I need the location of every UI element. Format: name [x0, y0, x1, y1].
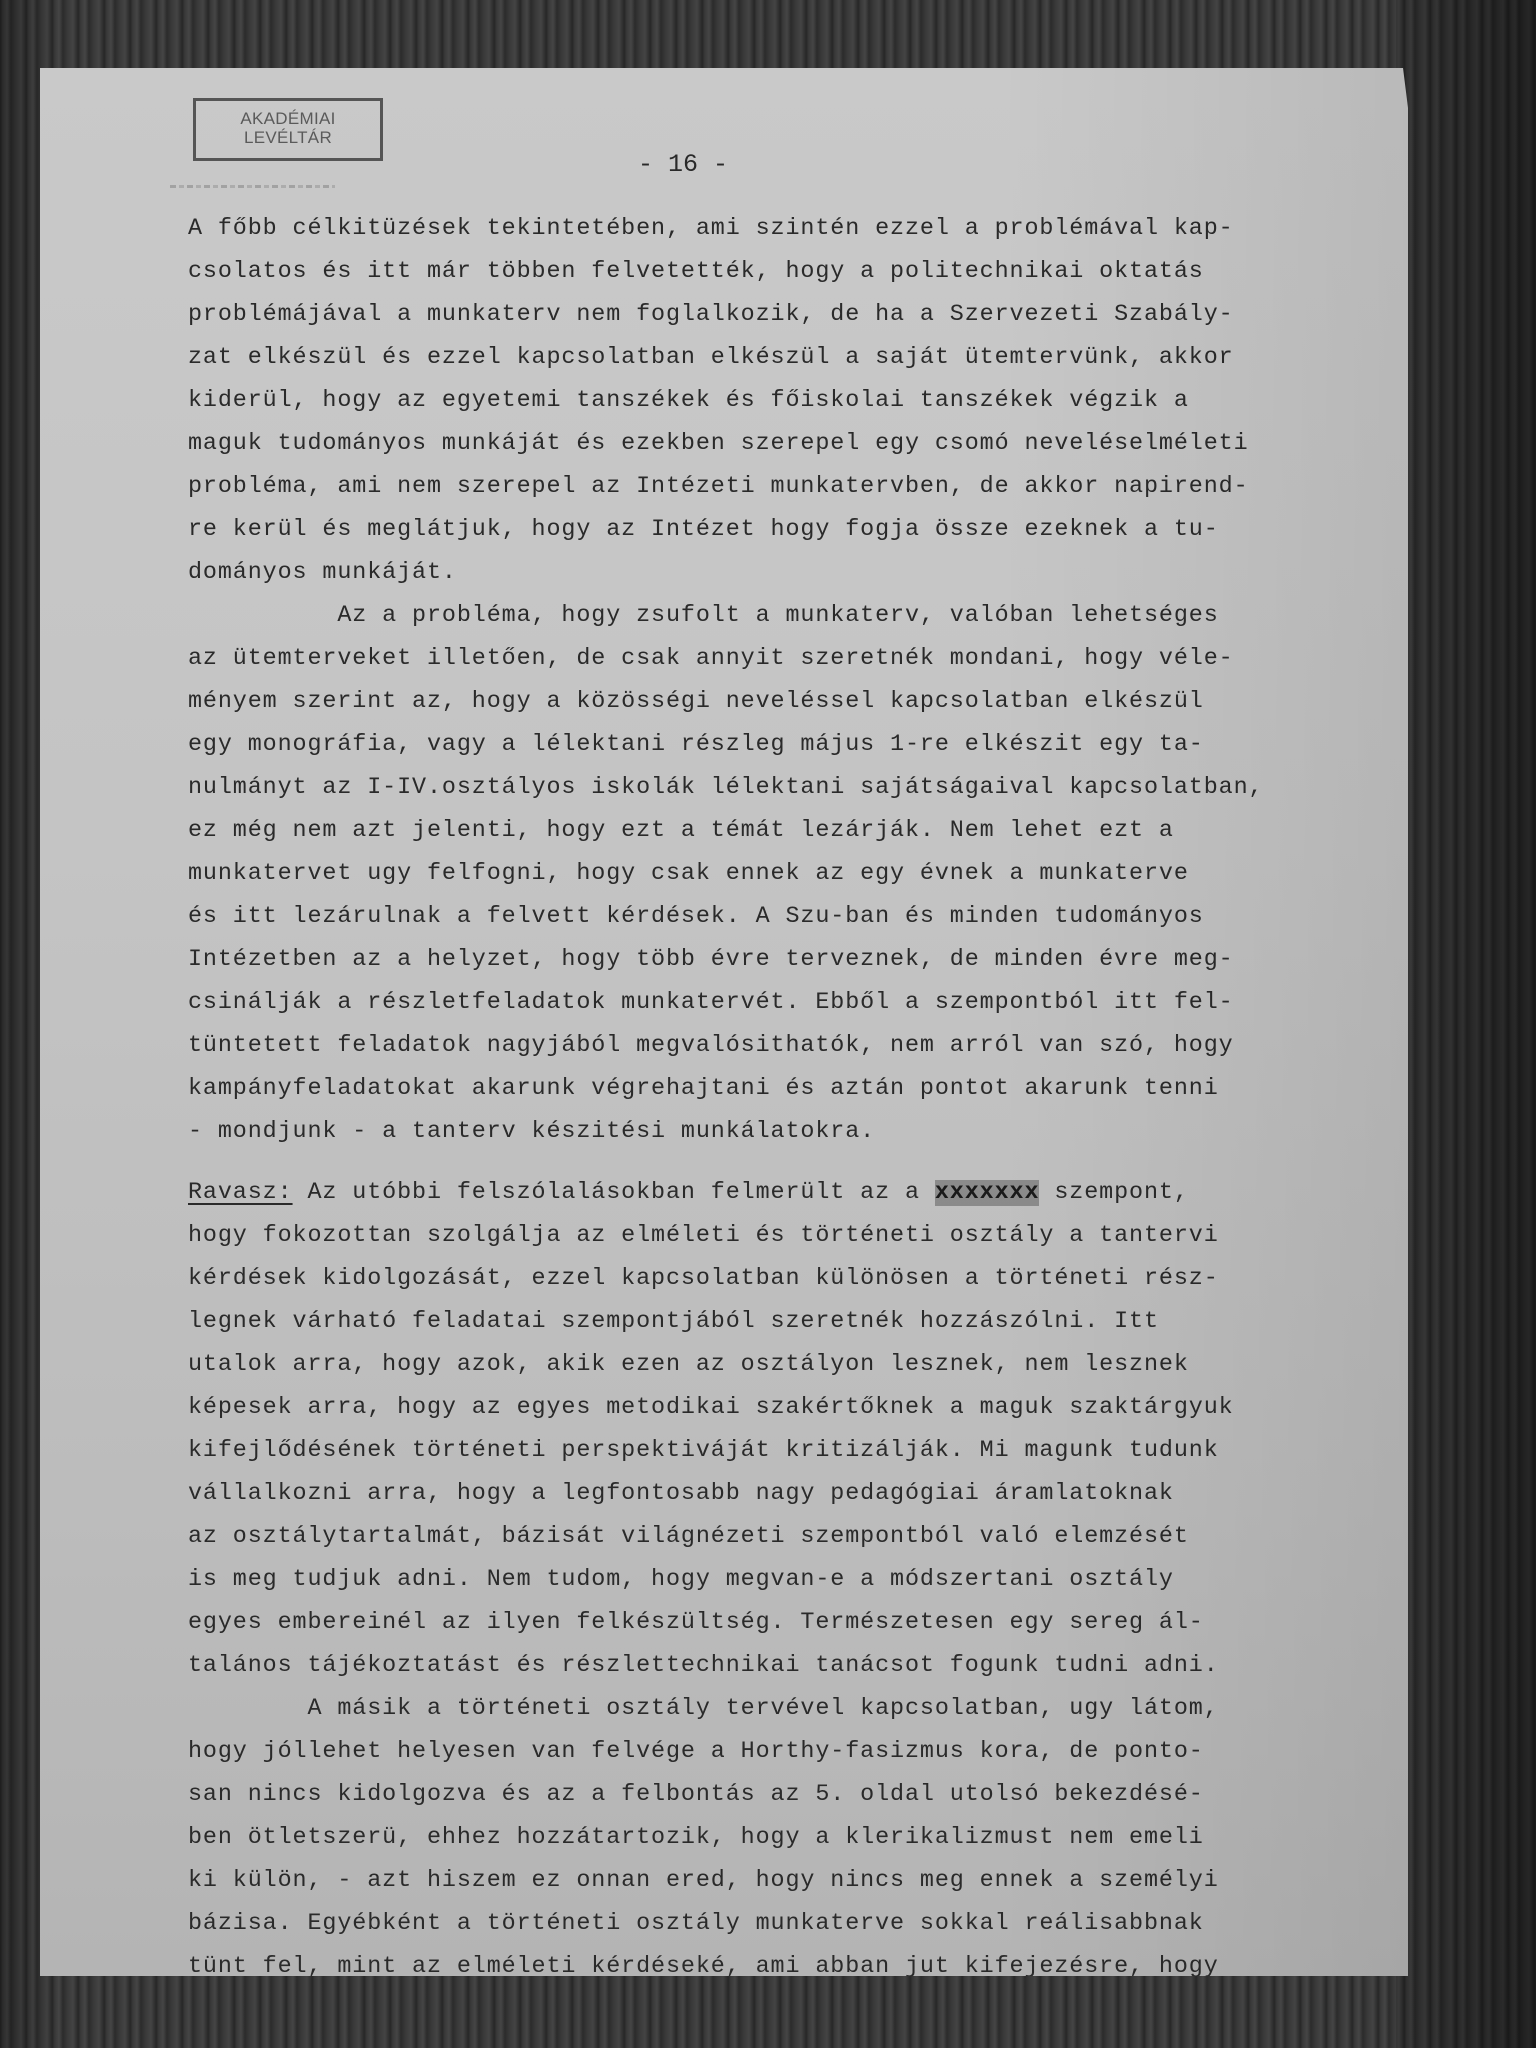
- text-line: is meg tudjuk adni. Nem tudom, hogy megv…: [188, 1559, 1418, 1602]
- text-line: A főbb célkitüzések tekintetében, ami sz…: [188, 208, 1418, 251]
- page-number: - 16 -: [638, 150, 728, 179]
- stamp-line-2: LEVÉLTÁR: [196, 128, 380, 147]
- text-line: az osztálytartalmát, bázisát világnézeti…: [188, 1516, 1418, 1559]
- stamp-line-1: AKADÉMIAI: [196, 109, 380, 128]
- text-line: kifejlődésének történeti perspektiváját …: [188, 1430, 1418, 1473]
- text-line: bázisa. Egyébként a történeti osztály mu…: [188, 1903, 1418, 1946]
- text-line: képesek arra, hogy az egyes metodikai sz…: [188, 1387, 1418, 1430]
- text-fragment: Az utóbbi felszólalásokban felmerült az …: [293, 1180, 935, 1206]
- text-line: dományos munkáját.: [188, 552, 1418, 595]
- paragraph-3: Ravasz: Az utóbbi felszólalásokban felme…: [188, 1172, 1418, 1688]
- text-line: maguk tudományos munkáját és ezekben sze…: [188, 423, 1418, 466]
- text-line: legnek várható feladatai szempontjából s…: [188, 1301, 1418, 1344]
- text-line: problémájával a munkaterv nem foglalkozi…: [188, 294, 1418, 337]
- text-line: ben ötletszerü, ehhez hozzátartozik, hog…: [188, 1817, 1418, 1860]
- text-line: Az a probléma, hogy zsufolt a munkaterv,…: [188, 595, 1418, 638]
- speaker-name: Ravasz:: [188, 1180, 293, 1206]
- text-line: re kerül és meglátjuk, hogy az Intézet h…: [188, 509, 1418, 552]
- paragraph-gap: [188, 1154, 1418, 1172]
- text-line: Intézetben az a helyzet, hogy több évre …: [188, 939, 1418, 982]
- paragraph-4: A másik a történeti osztály tervével kap…: [188, 1688, 1418, 1989]
- text-line: talános tájékoztatást és részlettechnika…: [188, 1645, 1418, 1688]
- text-line: ményem szerint az, hogy a közösségi neve…: [188, 681, 1418, 724]
- text-line: probléma, ami nem szerepel az Intézeti m…: [188, 466, 1418, 509]
- text-line: nulmányt az I-IV.osztályos iskolák lélek…: [188, 767, 1418, 810]
- text-line: és itt lezárulnak a felvett kérdések. A …: [188, 896, 1418, 939]
- text-fragment: szempont,: [1039, 1180, 1188, 1206]
- text-line: vállalkozni arra, hogy a legfontosabb na…: [188, 1473, 1418, 1516]
- text-line: csinálják a részletfeladatok munkatervét…: [188, 982, 1418, 1025]
- text-line: - mondjunk - a tanterv készitési munkála…: [188, 1111, 1418, 1154]
- text-line: kampányfeladatokat akarunk végrehajtani …: [188, 1068, 1418, 1111]
- text-line: hogy jóllehet helyesen van felvége a Hor…: [188, 1731, 1418, 1774]
- paragraph-3-first-line: Ravasz: Az utóbbi felszólalásokban felme…: [188, 1172, 1418, 1215]
- text-line: utalok arra, hogy azok, akik ezen az osz…: [188, 1344, 1418, 1387]
- archive-stamp: AKADÉMIAI LEVÉLTÁR: [193, 98, 383, 161]
- paragraph-3-lines: hogy fokozottan szolgálja az elméleti és…: [188, 1215, 1418, 1688]
- text-line: kérdések kidolgozását, ezzel kapcsolatba…: [188, 1258, 1418, 1301]
- text-line: kiderül, hogy az egyetemi tanszékek és f…: [188, 380, 1418, 423]
- text-line: hogy fokozottan szolgálja az elméleti és…: [188, 1215, 1418, 1258]
- paragraph-2: Az a probléma, hogy zsufolt a munkaterv,…: [188, 595, 1418, 1154]
- text-line: san nincs kidolgozva és az a felbontás a…: [188, 1774, 1418, 1817]
- text-line: az ütemterveket illetően, de csak annyit…: [188, 638, 1418, 681]
- text-line: A másik a történeti osztály tervével kap…: [188, 1688, 1418, 1731]
- typewritten-page: AKADÉMIAI LEVÉLTÁR - 16 - A főbb célkitü…: [40, 68, 1408, 1976]
- text-line: zat elkészül és ezzel kapcsolatban elkés…: [188, 337, 1418, 380]
- text-line: tünt fel, mint az elméleti kérdéseké, am…: [188, 1946, 1418, 1989]
- text-line: csolatos és itt már többen felvetették, …: [188, 251, 1418, 294]
- document-body: A főbb célkitüzések tekintetében, ami sz…: [188, 208, 1418, 1989]
- text-line: ki külön, - azt hiszem ez onnan ered, ho…: [188, 1860, 1418, 1903]
- struck-out-word: xxxxxxx: [935, 1180, 1040, 1206]
- text-line: tüntetett feladatok nagyjából megvalósit…: [188, 1025, 1418, 1068]
- wooden-table-shadow: [1396, 0, 1536, 2048]
- text-line: ez még nem azt jelenti, hogy ezt a témát…: [188, 810, 1418, 853]
- text-line: egyes embereinél az ilyen felkészültség.…: [188, 1602, 1418, 1645]
- paragraph-1: A főbb célkitüzések tekintetében, ami sz…: [188, 208, 1418, 595]
- text-line: egy monográfia, vagy a lélektani részleg…: [188, 724, 1418, 767]
- text-line: munkatervet ugy felfogni, hogy csak enne…: [188, 853, 1418, 896]
- pencil-mark: [170, 185, 335, 188]
